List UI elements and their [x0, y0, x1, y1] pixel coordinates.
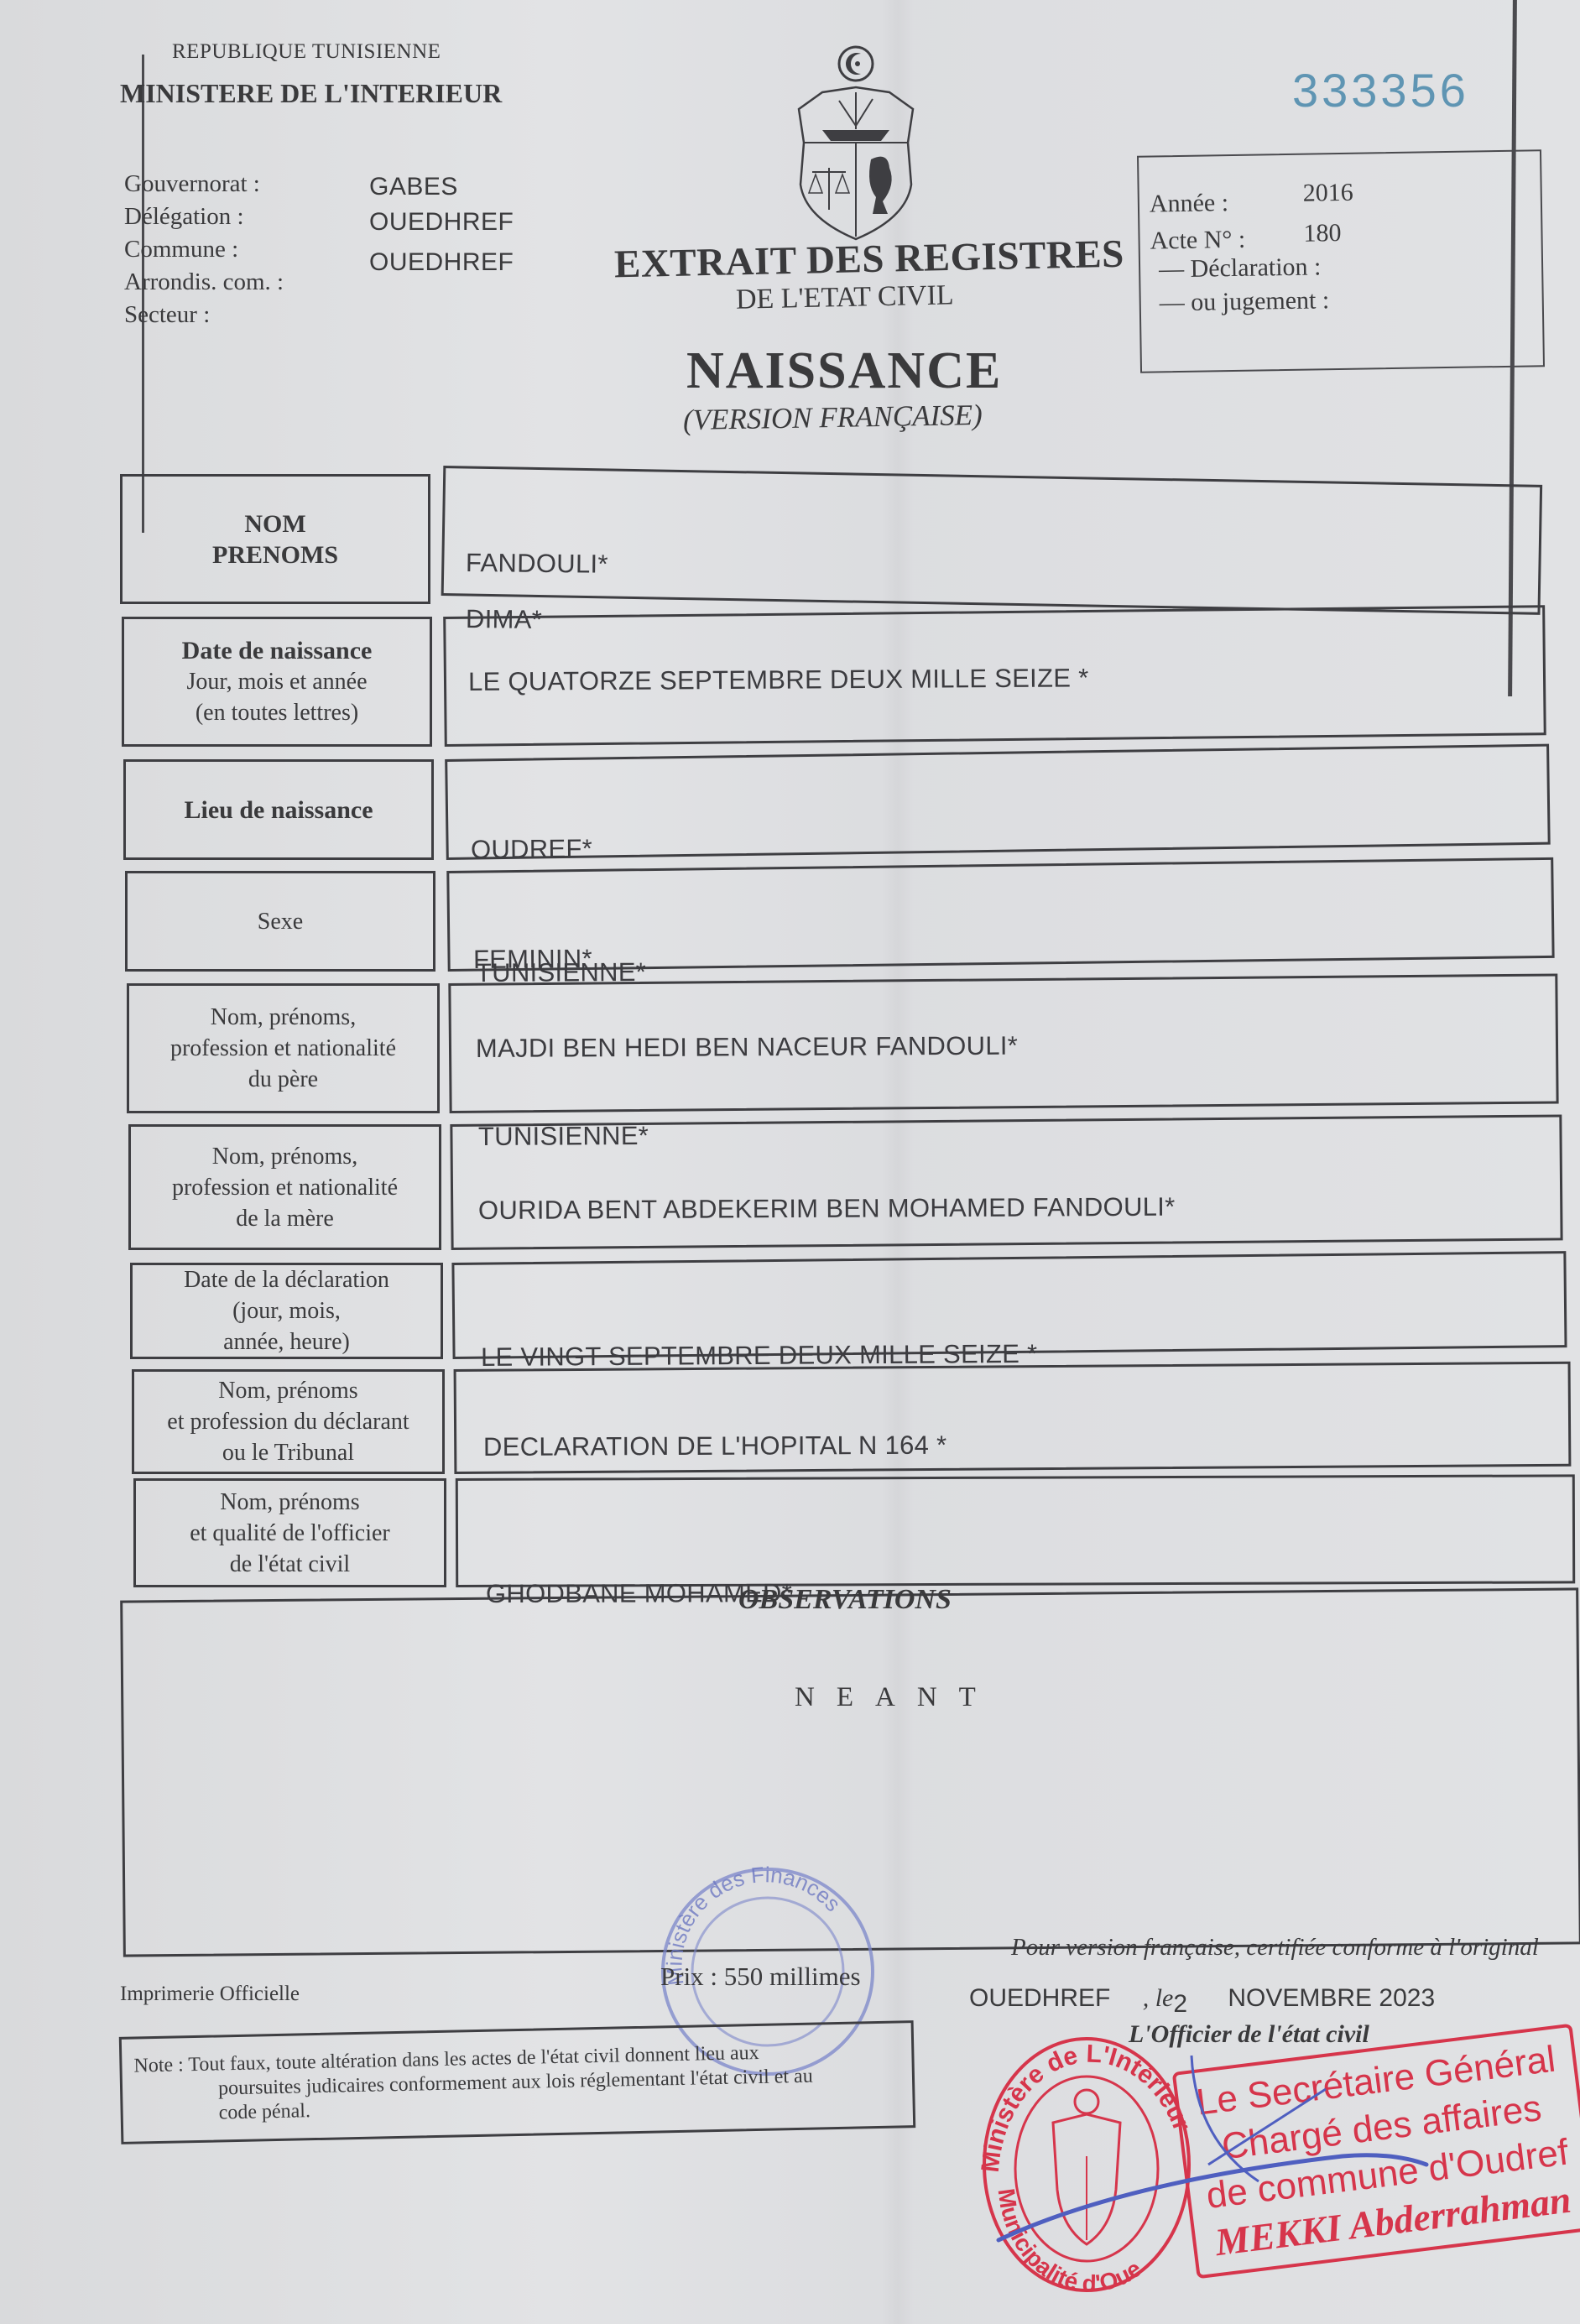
row-label-line: et profession du déclarant — [167, 1406, 409, 1437]
row-value-box — [446, 857, 1554, 972]
republic-label: REPUBLIQUE TUNISIENNE — [172, 40, 441, 64]
signature-icon — [990, 2039, 1460, 2290]
annee-label: Année : — [1150, 185, 1229, 222]
jugement-label: — ou jugement : — [1159, 282, 1329, 321]
issue-month-year: NOVEMBRE 2023 — [1228, 1984, 1435, 2012]
row-label-line: profession et nationalité — [170, 1033, 396, 1064]
document-version: (VERSION FRANÇAISE) — [683, 399, 983, 437]
document-page: REPUBLIQUE TUNISIENNE MINISTERE DE L'INT… — [0, 0, 1580, 2324]
row-label-box: Date de naissanceJour, mois et année(en … — [122, 617, 432, 747]
row-label-line: année, heure) — [184, 1326, 389, 1357]
delegation-label: Délégation : — [124, 201, 376, 233]
row-label-line: Sexe — [258, 906, 303, 937]
gouvernorat-value: GABES — [369, 168, 458, 206]
row-value: OURIDA BENT ABDEKERIM BEN MOHAMED FANDOU… — [478, 1192, 1176, 1226]
row-label-line: de l'état civil — [190, 1549, 390, 1580]
row-label-box: Nom, prénomset qualité de l'officierde l… — [133, 1478, 446, 1587]
document-subtitle: DE L'ETAT CIVIL — [736, 279, 954, 315]
row-label-line: Jour, mois et année — [182, 666, 373, 697]
row-label-box: Nom, prénoms,profession et nationalitéde… — [128, 1124, 441, 1250]
row-value: TUNISIENNE* — [476, 957, 646, 988]
row-label-line: NOM — [212, 508, 338, 539]
ministry-label: MINISTERE DE L'INTERIEUR — [120, 78, 502, 109]
serial-number: 333356 — [1292, 63, 1469, 117]
observations-title: OBSERVATIONS — [738, 1584, 952, 1616]
commune-value: OUEDHREF — [369, 243, 514, 282]
issue-place: OUEDHREF — [969, 1984, 1110, 2012]
gouvernorat-label: Gouvernorat : — [124, 168, 376, 201]
price-label: Prix : 550 millimes — [660, 1962, 861, 1992]
observations-content: NEANT — [795, 1682, 998, 1713]
row-value: FANDOULI* — [466, 548, 608, 580]
arrondissement-label: Arrondis. com. : — [124, 266, 376, 299]
certification-text: Pour version française, certifiée confor… — [1011, 1934, 1539, 1962]
row-label-line: Lieu de naissance — [184, 795, 373, 826]
admin-labels: Gouvernorat : Délégation : Commune : Arr… — [124, 168, 376, 331]
row-label-line: ou le Tribunal — [167, 1437, 409, 1468]
row-label-line: Nom, prénoms — [167, 1375, 409, 1406]
row-label-line: Date de la déclaration — [184, 1264, 389, 1295]
row-label-box: Date de la déclaration(jour, mois,année,… — [130, 1263, 443, 1359]
acte-box: Année : 2016 Acte N° : 180 — Déclaration… — [1137, 149, 1545, 373]
secteur-label: Secteur : — [124, 299, 376, 331]
row-label-box: NOMPRENOMS — [120, 474, 430, 604]
row-label-box: Lieu de naissance — [123, 759, 434, 860]
row-label-line: du père — [170, 1064, 396, 1095]
row-label-line: Date de naissance — [182, 635, 373, 666]
row-label-line: Nom, prénoms, — [172, 1141, 398, 1172]
row-label-line: (en toutes lettres) — [182, 697, 373, 728]
annee-value: 2016 — [1302, 175, 1353, 212]
issue-day: 2 — [1173, 1990, 1187, 2018]
row-value: MAJDI BEN HEDI BEN NACEUR FANDOULI* — [476, 1031, 1018, 1064]
place-date: OUEDHREF , le2 NOVEMBRE 2023 — [969, 1984, 1435, 2019]
coat-of-arms-icon — [789, 42, 923, 243]
row-value: LE QUATORZE SEPTEMBRE DEUX MILLE SEIZE * — [468, 663, 1089, 697]
printer-label: Imprimerie Officielle — [120, 1983, 300, 2006]
row-label-box: Nom, prénomset profession du déclarantou… — [132, 1369, 445, 1474]
document-title: EXTRAIT DES REGISTRES — [614, 232, 1125, 288]
row-label-box: Nom, prénoms,profession et nationalitédu… — [127, 983, 440, 1113]
row-value: DECLARATION DE L'HOPITAL N 164 * — [483, 1430, 947, 1462]
row-label-box: Sexe — [125, 871, 435, 972]
date-prefix: , le — [1143, 1984, 1174, 2012]
row-value-box — [441, 466, 1543, 615]
row-value: OUDREF* — [471, 834, 592, 865]
row-label-line: Nom, prénoms — [190, 1487, 390, 1518]
legal-note: Note : Tout faux, toute altération dans … — [119, 2020, 915, 2144]
commune-label: Commune : — [124, 233, 376, 266]
delegation-value: OUEDHREF — [369, 203, 514, 242]
document-type: NAISSANCE — [686, 341, 1002, 401]
row-label-line: et qualité de l'officier — [190, 1518, 390, 1549]
row-label-line: PRENOMS — [212, 539, 338, 571]
acte-value: 180 — [1303, 215, 1342, 253]
row-value-box — [445, 744, 1551, 860]
row-label-line: de la mère — [172, 1203, 398, 1234]
row-label-line: (jour, mois, — [184, 1295, 389, 1326]
row-value: TUNISIENNE* — [478, 1121, 649, 1152]
row-label-line: profession et nationalité — [172, 1172, 398, 1203]
row-label-line: Nom, prénoms, — [170, 1002, 396, 1033]
row-value-box — [456, 1474, 1575, 1587]
